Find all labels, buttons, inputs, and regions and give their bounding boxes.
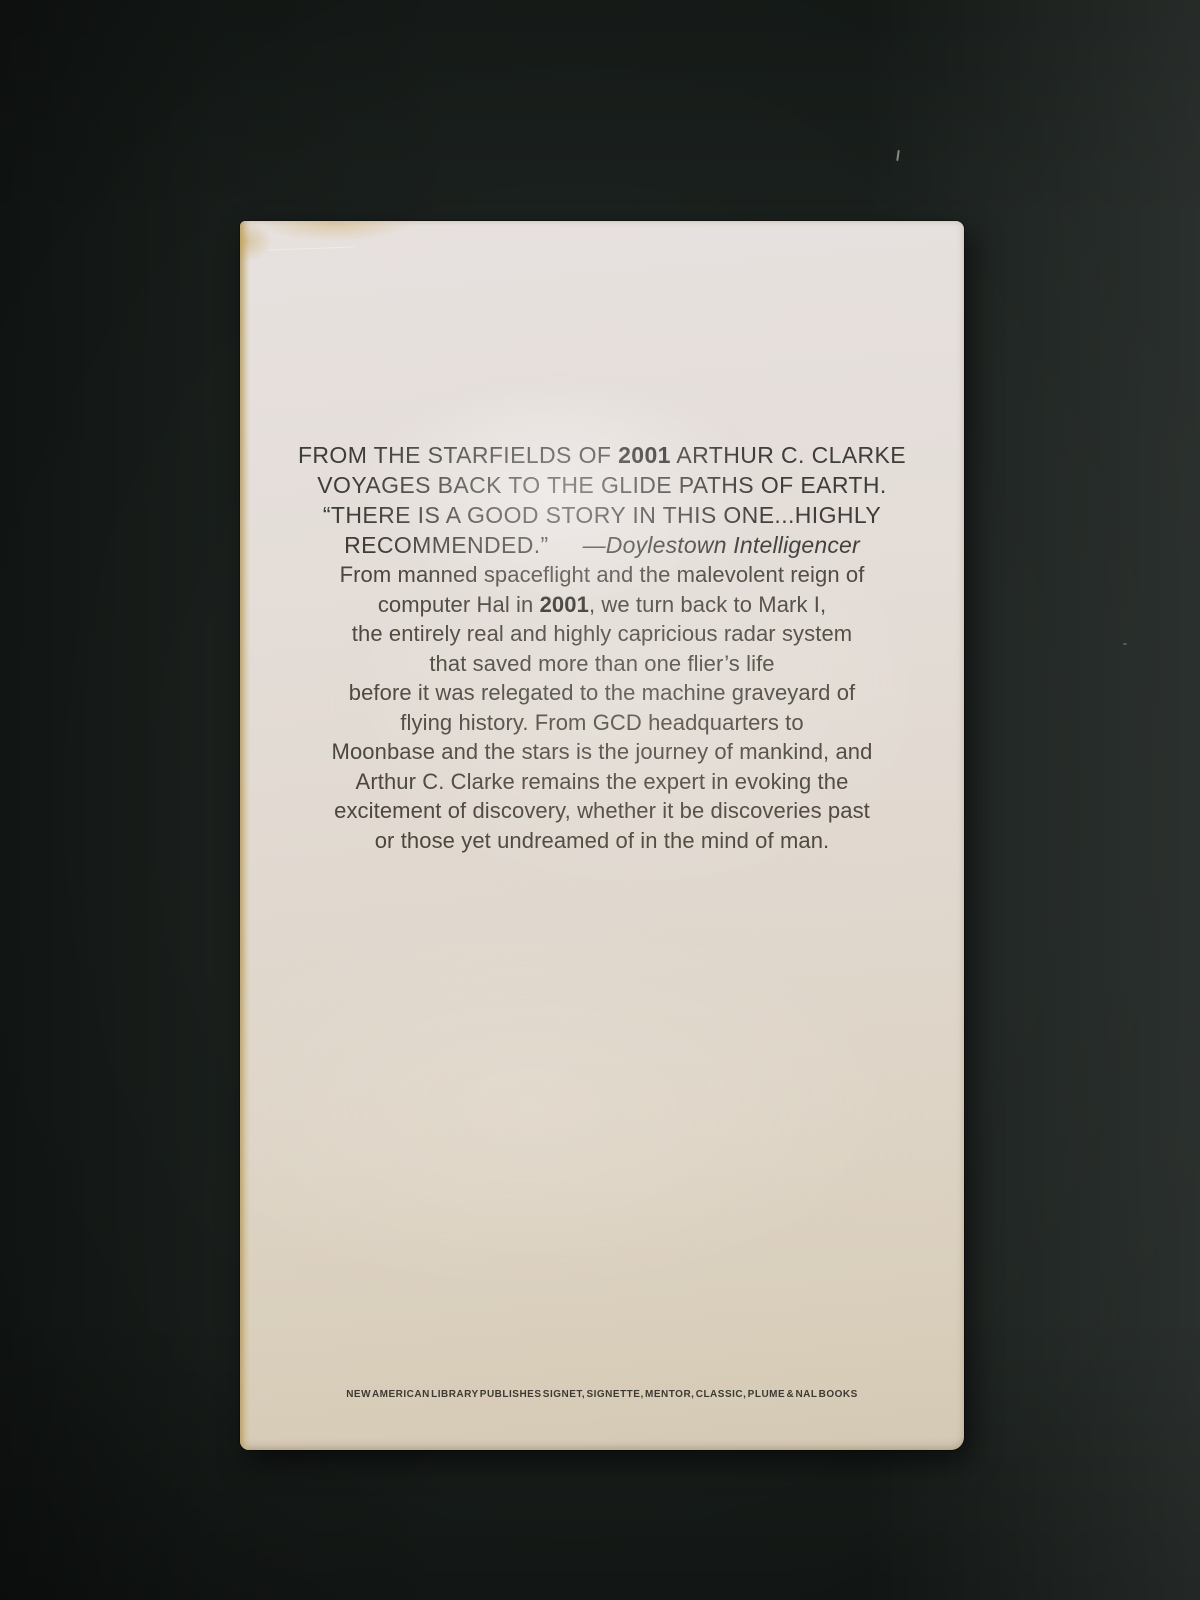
headline-line-2: VOYAGES BACK TO THE GLIDE PATHS OF EARTH… (240, 470, 964, 500)
headline-text: VOYAGES BACK TO THE GLIDE PATHS OF EARTH… (317, 472, 886, 498)
dust-speck (1123, 643, 1127, 645)
body-line: Moonbase and the stars is the journey of… (240, 737, 964, 767)
body-text: the entirely real and highly capricious … (352, 621, 852, 646)
body-line: flying history. From GCD headquarters to (240, 708, 964, 738)
body-text: that saved more than one flier’s life (429, 651, 774, 676)
body-line: the entirely real and highly capricious … (240, 619, 964, 649)
title-2001-bold: 2001 (618, 442, 671, 468)
body-line: that saved more than one flier’s life (240, 649, 964, 679)
book-back-cover: FROM THE STARFIELDS OF 2001 ARTHUR C. CL… (240, 221, 964, 1450)
body-text: computer Hal in (378, 592, 540, 617)
body-line: or those yet undreamed of in the mind of… (240, 826, 964, 856)
headline-line-1: FROM THE STARFIELDS OF 2001 ARTHUR C. CL… (240, 440, 964, 470)
headline-text: ARTHUR C. CLARKE (671, 442, 906, 468)
dust-speck (896, 150, 900, 161)
body-text: or those yet undreamed of in the mind of… (375, 828, 830, 853)
body-line: Arthur C. Clarke remains the expert in e… (240, 767, 964, 797)
body-text: From manned spaceflight and the malevole… (340, 562, 865, 587)
quote-text: RECOMMENDED.” (344, 532, 549, 558)
headline-line-4: RECOMMENDED.”—Doylestown Intelligencer (240, 530, 964, 560)
body-text: excitement of discovery, whether it be d… (334, 798, 870, 823)
body-text: , we turn back to Mark I, (589, 592, 826, 617)
title-2001-bold: 2001 (540, 592, 589, 617)
body-line: before it was relegated to the machine g… (240, 678, 964, 708)
body-text: flying history. From GCD headquarters to (400, 710, 803, 735)
body-text: Arthur C. Clarke remains the expert in e… (356, 769, 849, 794)
body-text: Moonbase and the stars is the journey of… (332, 739, 873, 764)
blurb-text-block: FROM THE STARFIELDS OF 2001 ARTHUR C. CL… (240, 440, 964, 855)
corner-stain (240, 221, 420, 281)
body-line: From manned spaceflight and the malevole… (240, 560, 964, 590)
publisher-imprint: NEW AMERICAN LIBRARY PUBLISHES SIGNET, S… (240, 1389, 964, 1400)
quote-attribution: —Doylestown Intelligencer (583, 532, 860, 558)
body-line: excitement of discovery, whether it be d… (240, 796, 964, 826)
headline-text: FROM THE STARFIELDS OF (298, 442, 618, 468)
headline-line-3: “THERE IS A GOOD STORY IN THIS ONE...HIG… (240, 500, 964, 530)
quote-text: “THERE IS A GOOD STORY IN THIS ONE...HIG… (323, 502, 881, 528)
body-line: computer Hal in 2001, we turn back to Ma… (240, 590, 964, 620)
body-text: before it was relegated to the machine g… (349, 680, 856, 705)
